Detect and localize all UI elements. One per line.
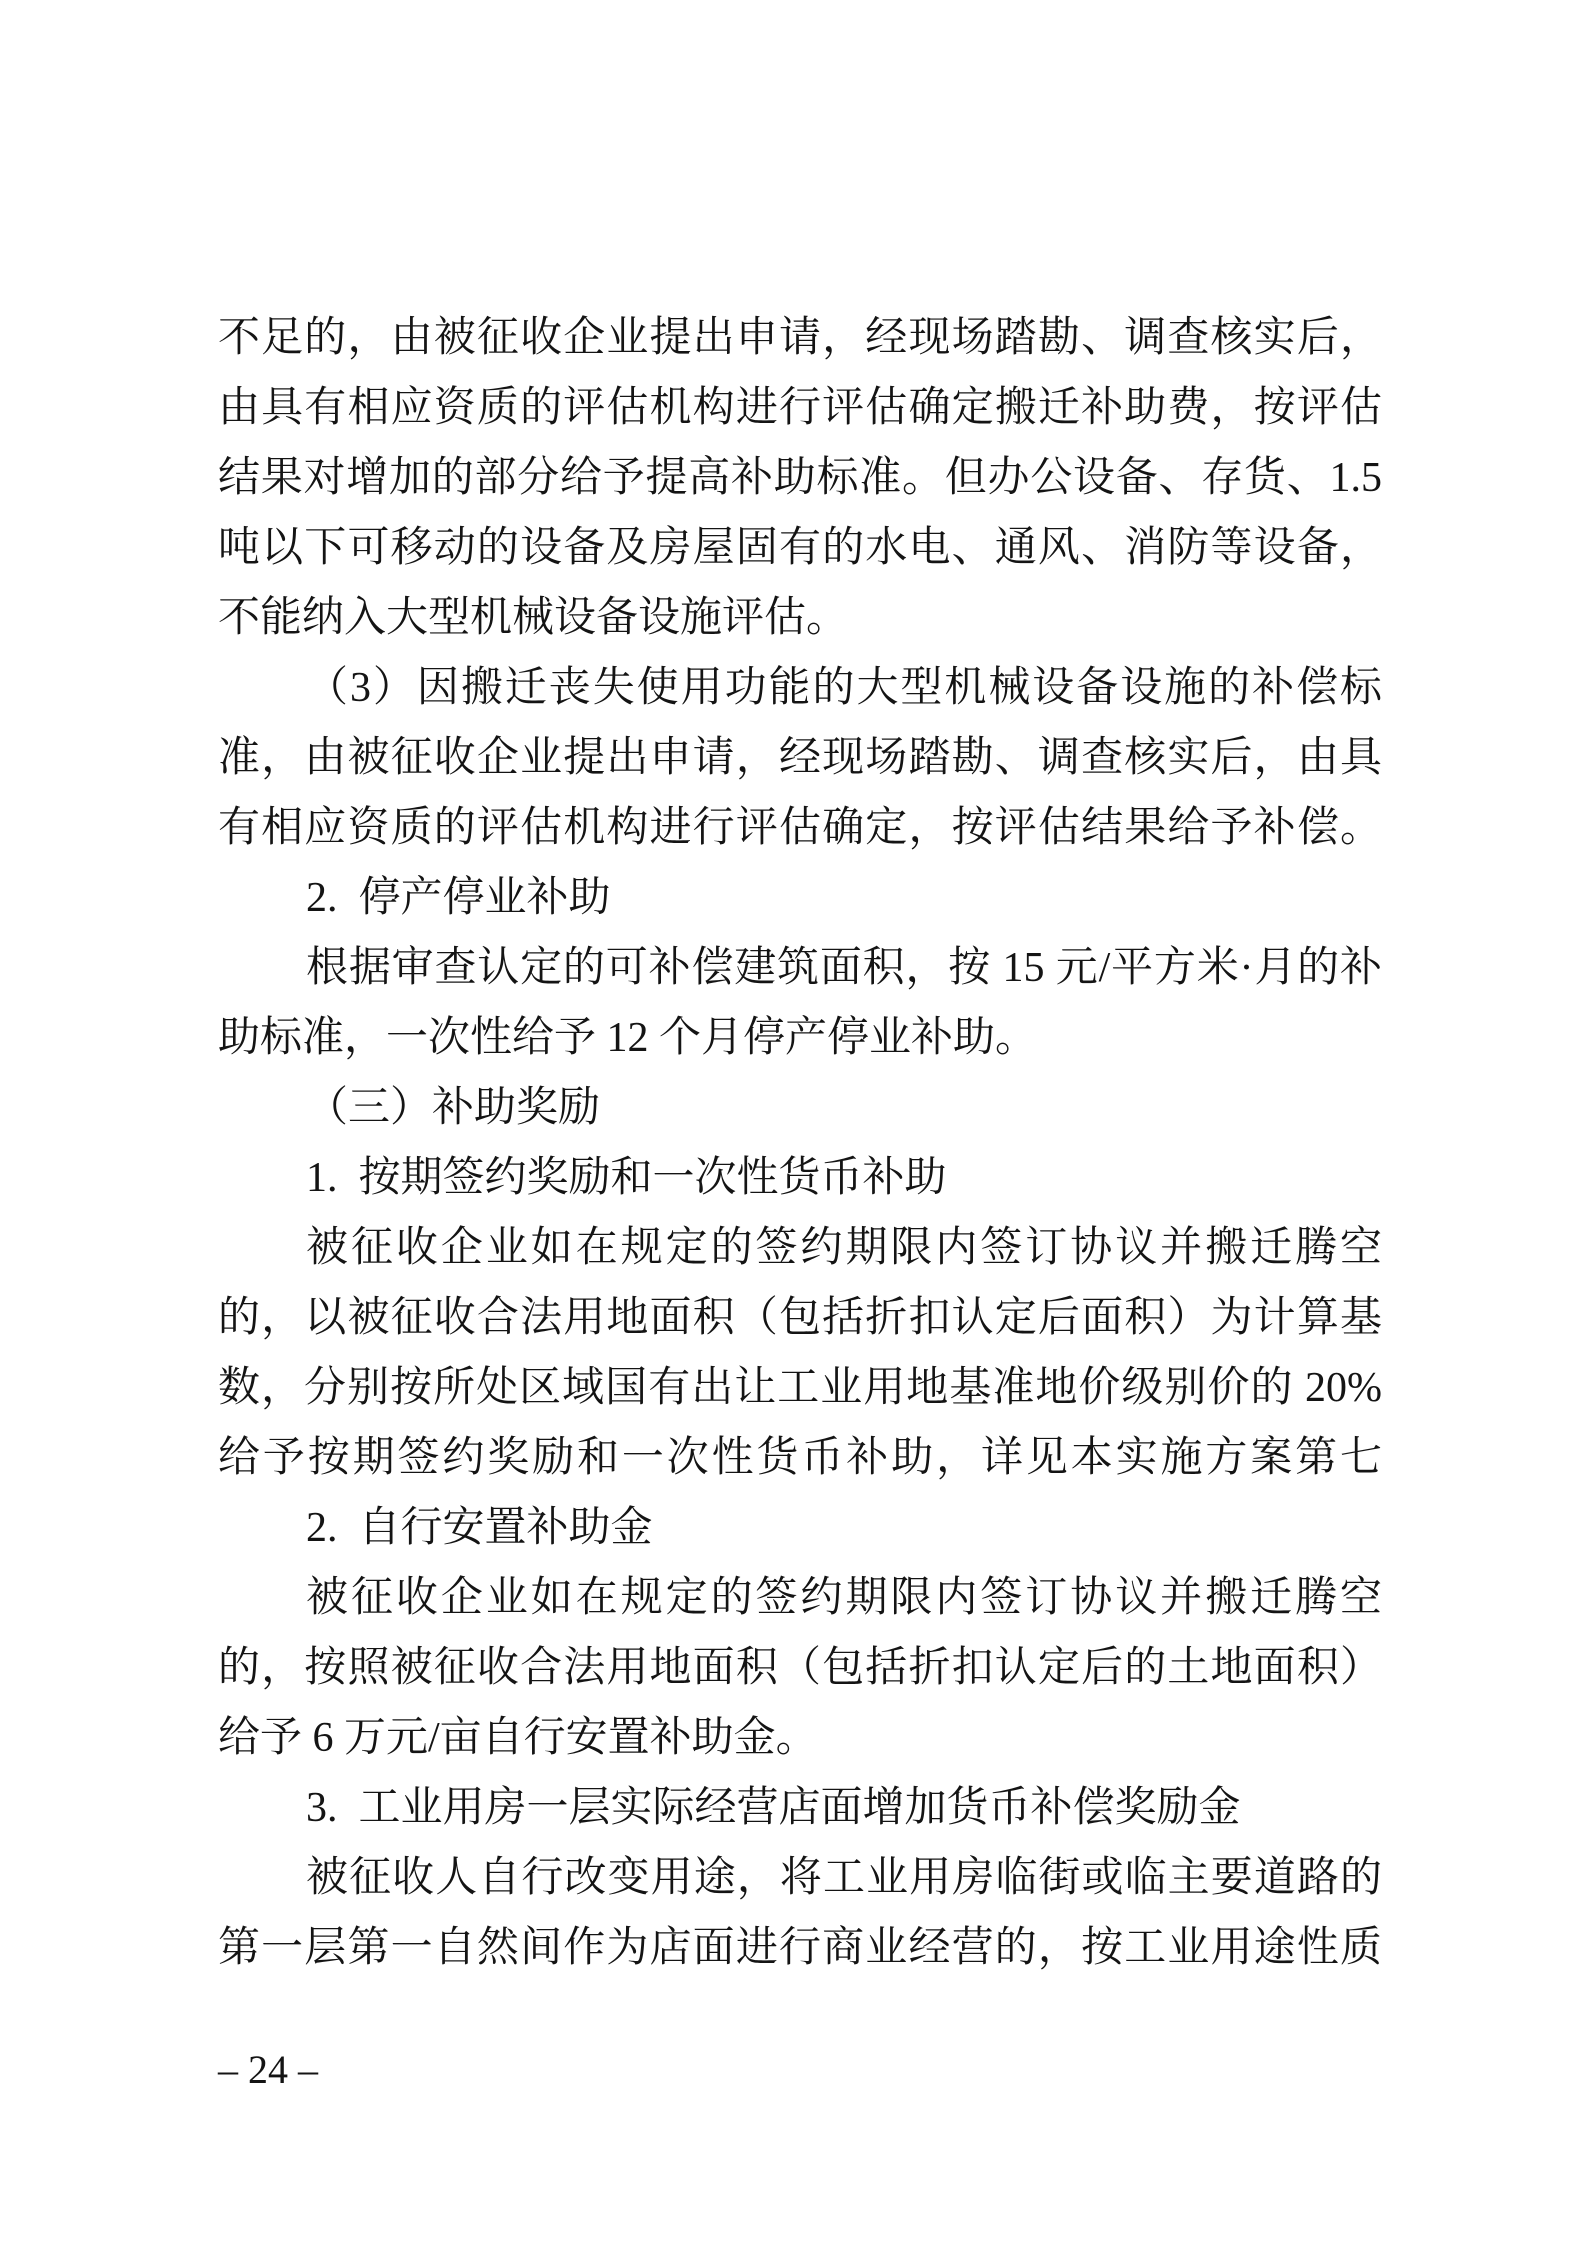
text-line: 吨以下可移动的设备及房屋固有的水电、通风、消防等设备， (218, 513, 1382, 583)
text-line: 给予 6 万元/亩自行安置补助金。 (218, 1703, 1382, 1773)
text-line: 结果对增加的部分给予提高补助标准。但办公设备、存货、1.5 (218, 443, 1382, 513)
text-line: 准，由被征收企业提出申请，经现场踏勘、调查核实后，由具 (218, 723, 1382, 793)
list-item-number-heading: 2. 停产停业补助 (218, 863, 1382, 933)
text-line: 的，以被征收合法用地面积（包括折扣认定后面积）为计算基 (218, 1283, 1382, 1353)
text-line: 的，按照被征收合法用地面积（包括折扣认定后的土地面积） (218, 1633, 1382, 1703)
text-line: 第一层第一自然间作为店面进行商业经营的，按工业用途性质 (218, 1913, 1382, 1983)
document-body: 不足的，由被征收企业提出申请，经现场踏勘、调查核实后， 由具有相应资质的评估机构… (218, 303, 1382, 1983)
text-line: 被征收人自行改变用途，将工业用房临街或临主要道路的 (218, 1843, 1382, 1913)
text-line: 被征收企业如在规定的签约期限内签订协议并搬迁腾空 (218, 1213, 1382, 1283)
text-line: 被征收企业如在规定的签约期限内签订协议并搬迁腾空 (218, 1563, 1382, 1633)
list-item-number-heading: 2. 自行安置补助金 (218, 1493, 1382, 1563)
text-line: 数，分别按所处区域国有出让工业用地基准地价级别价的 20% (218, 1353, 1382, 1423)
section-heading: （三）补助奖励 (218, 1073, 1382, 1143)
text-line: 根据审查认定的可补偿建筑面积，按 15 元/平方米·月的补 (218, 933, 1382, 1003)
text-line: 不足的，由被征收企业提出申请，经现场踏勘、调查核实后， (218, 303, 1382, 373)
text-line: 有相应资质的评估机构进行评估确定，按评估结果给予补偿。 (218, 793, 1382, 863)
text-line: 由具有相应资质的评估机构进行评估确定搬迁补助费，按评估 (218, 373, 1382, 443)
text-line: 助标准，一次性给予 12 个月停产停业补助。 (218, 1003, 1382, 1073)
text-line: （3）因搬迁丧失使用功能的大型机械设备设施的补偿标 (218, 653, 1382, 723)
document-page: 不足的，由被征收企业提出申请，经现场踏勘、调查核实后， 由具有相应资质的评估机构… (0, 0, 1587, 2245)
list-item-number-heading: 1. 按期签约奖励和一次性货币补助 (218, 1143, 1382, 1213)
page-number: – 24 – (218, 2050, 318, 2090)
text-line: 给予按期签约奖励和一次性货币补助，详见本实施方案第七条。 (218, 1423, 1382, 1493)
list-item-number-heading: 3. 工业用房一层实际经营店面增加货币补偿奖励金 (218, 1773, 1382, 1843)
text-line: 不能纳入大型机械设备设施评估。 (218, 583, 1382, 653)
